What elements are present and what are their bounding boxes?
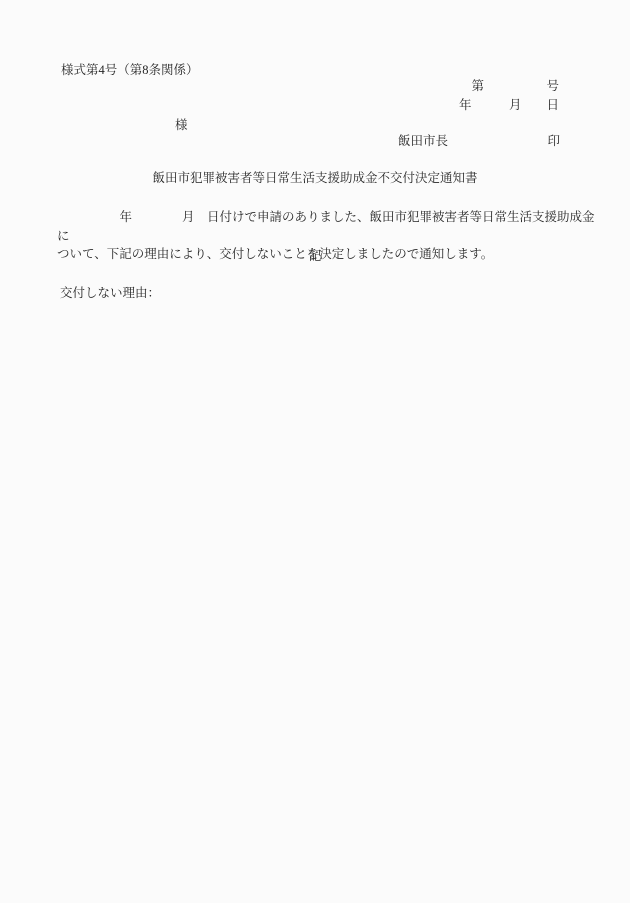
reason-label: 交付しない理由：	[60, 286, 160, 301]
date-line: 年 月 日	[459, 98, 559, 113]
record-marker: 記	[0, 249, 630, 264]
issuer-name: 飯田市長	[398, 134, 448, 149]
seal-mark: 印	[547, 134, 560, 149]
form-number: 様式第4号（第8条関係）	[61, 63, 199, 78]
issuer-line: 飯田市長 印	[398, 134, 560, 149]
recipient-suffix: 様	[175, 118, 188, 133]
document-title: 飯田市犯罪被害者等日常生活支援助成金不交付決定通知書	[0, 171, 630, 186]
document-page: 様式第4号（第8条関係） 第 号 年 月 日 様 飯田市長 印 飯田市犯罪被害者…	[0, 0, 630, 903]
document-number-line: 第 号	[471, 79, 559, 94]
